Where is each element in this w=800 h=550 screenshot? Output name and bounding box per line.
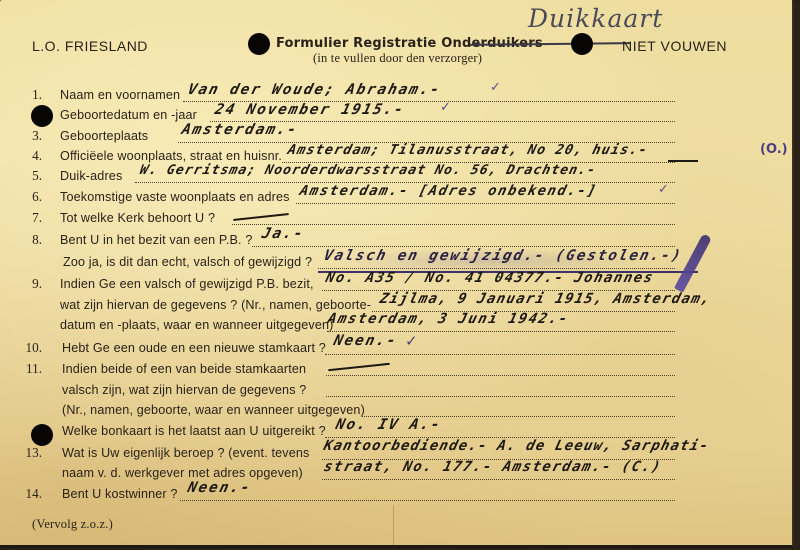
answer-name[interactable]: Van der Woude; Abraham.-	[186, 82, 443, 98]
field-label-church: Tot welke Kerk behoort U ?	[60, 211, 215, 225]
field-label-false-pb: Indien Ge een valsch of gewijzigd P.B. b…	[60, 277, 314, 291]
field-label-birthplace: Geboorteplaats	[60, 129, 148, 143]
answer-stamkaart[interactable]: Neen.-	[332, 333, 399, 349]
underline	[668, 160, 698, 162]
field-label-stamkaart-false-3: (Nr., namen, geboorte, waar en wanneer u…	[62, 403, 365, 417]
field-number: 7.	[14, 210, 42, 226]
field-label-name: Naam en voornamen	[60, 88, 180, 102]
field-label-profession: Wat is Uw eigenlijk beroep ? (event. tev…	[62, 446, 309, 460]
field-label-profession-2: naam v. d. werkgever met adres opgeven)	[62, 466, 303, 480]
answer-birthplace[interactable]: Amsterdam.-	[180, 122, 300, 138]
check-mark: ✓	[490, 80, 501, 95]
field-label-stamkaart-false: Indien beide of een van beide stamkaarte…	[62, 362, 306, 376]
answer-church-dash	[233, 213, 289, 221]
field-label-official-address: Officiëele woonplaats, straat en huisnr.	[60, 149, 282, 163]
punch-hole-top-left	[248, 33, 270, 55]
answer-pb-details-2[interactable]: Zijlma, 9 Januari 1915, Amsterdam,	[378, 291, 713, 307]
answer-line	[180, 500, 675, 501]
field-number: 5.	[14, 168, 42, 184]
annotation-mark: (O.)	[760, 142, 788, 157]
registration-card: L.O. FRIESLAND Formulier Registratie Ond…	[0, 0, 794, 548]
answer-breadwinner[interactable]: Neen.-	[186, 480, 253, 496]
answer-stamkaart-dash	[328, 363, 390, 371]
field-label-pb: Bent U in het bezit van een P.B. ?	[60, 233, 253, 247]
fold-crease	[393, 505, 394, 545]
answer-pb-details-1[interactable]: No. A35 / No. 41 04377.- Johannes	[324, 270, 656, 286]
answer-bonkaart[interactable]: No. IV A.-	[334, 417, 443, 433]
answer-line	[322, 479, 675, 480]
answer-pb-details-3[interactable]: Amsterdam, 3 Juni 1942.-	[326, 311, 571, 327]
answer-line	[326, 375, 675, 376]
field-label-hiding-address: Duik-adres	[60, 169, 122, 183]
answer-line	[327, 331, 675, 332]
answer-line	[326, 396, 675, 397]
answer-line	[252, 246, 675, 247]
form-subtitle: (in te vullen door den verzorger)	[313, 51, 482, 66]
field-label-stamkaart: Hebt Ge een oude en een nieuwe stamkaart…	[62, 341, 326, 355]
field-number: 8.	[14, 232, 42, 248]
fold-notice: NIET VOUWEN	[622, 38, 727, 54]
field-number: 6.	[14, 189, 42, 205]
field-label-pb-type: Zoo ja, is dit dan echt, valsch of gewij…	[63, 255, 312, 269]
answer-official-address[interactable]: Amsterdam; Tilanusstraat, No 20, huis.-	[286, 142, 650, 158]
handwritten-title: Duikkaart	[528, 4, 663, 33]
answer-line	[325, 354, 675, 355]
answer-pb[interactable]: Ja.-	[260, 226, 306, 242]
field-number: 10.	[14, 340, 42, 356]
answer-line	[232, 224, 675, 225]
check-mark: ✓	[405, 332, 418, 350]
field-number: 11.	[14, 361, 42, 377]
check-mark: ✓	[440, 100, 451, 115]
punch-hole-left-2	[31, 424, 53, 446]
field-label-false-pb-3: datum en -plaats, waar en wanneer uitgeg…	[60, 318, 333, 332]
answer-birthdate[interactable]: 24 November 1915.-	[213, 102, 407, 118]
answer-line	[318, 268, 675, 269]
field-number: 13.	[14, 445, 42, 461]
answer-pb-type[interactable]: Valsch en gewijzigd.- (Gestolen.-)	[322, 248, 684, 264]
check-mark: ✓	[658, 182, 669, 197]
field-number: 14.	[14, 486, 42, 502]
punch-hole-left-1	[31, 105, 53, 127]
answer-profession-2[interactable]: straat, No. 177.- Amsterdam.- (C.)	[322, 459, 664, 475]
field-number: 3.	[14, 128, 42, 144]
field-label-bonkaart: Welke bonkaart is het laatst aan U uitge…	[62, 424, 326, 438]
field-number: 1.	[14, 87, 42, 103]
answer-hiding-address[interactable]: W. Gerritsma; Noorderdwarsstraat No. 56,…	[138, 163, 598, 178]
answer-profession-1[interactable]: Kantoorbediende.- A. de Leeuw, Sarphati-	[322, 438, 711, 454]
answer-future-address[interactable]: Amsterdam.- [Adres onbekend.-]	[298, 183, 599, 199]
field-label-false-pb-2: wat zijn hiervan de gegevens ? (Nr., nam…	[60, 298, 371, 312]
answer-line	[296, 203, 675, 204]
punch-hole-top-right	[571, 33, 593, 55]
continued-note: (Vervolg z.o.z.)	[32, 517, 113, 532]
field-label-birthdate: Geboortedatum en -jaar	[60, 108, 197, 122]
field-number: 4.	[14, 148, 42, 164]
field-label-future-address: Toekomstige vaste woonplaats en adres	[60, 190, 290, 204]
field-number: 9.	[14, 276, 42, 292]
strikethrough-line	[470, 42, 630, 46]
organization-label: L.O. FRIESLAND	[32, 38, 148, 54]
field-label-breadwinner: Bent U kostwinner ?	[62, 487, 178, 501]
field-label-stamkaart-false-2: valsch zijn, wat zijn hiervan de gegeven…	[62, 383, 306, 397]
